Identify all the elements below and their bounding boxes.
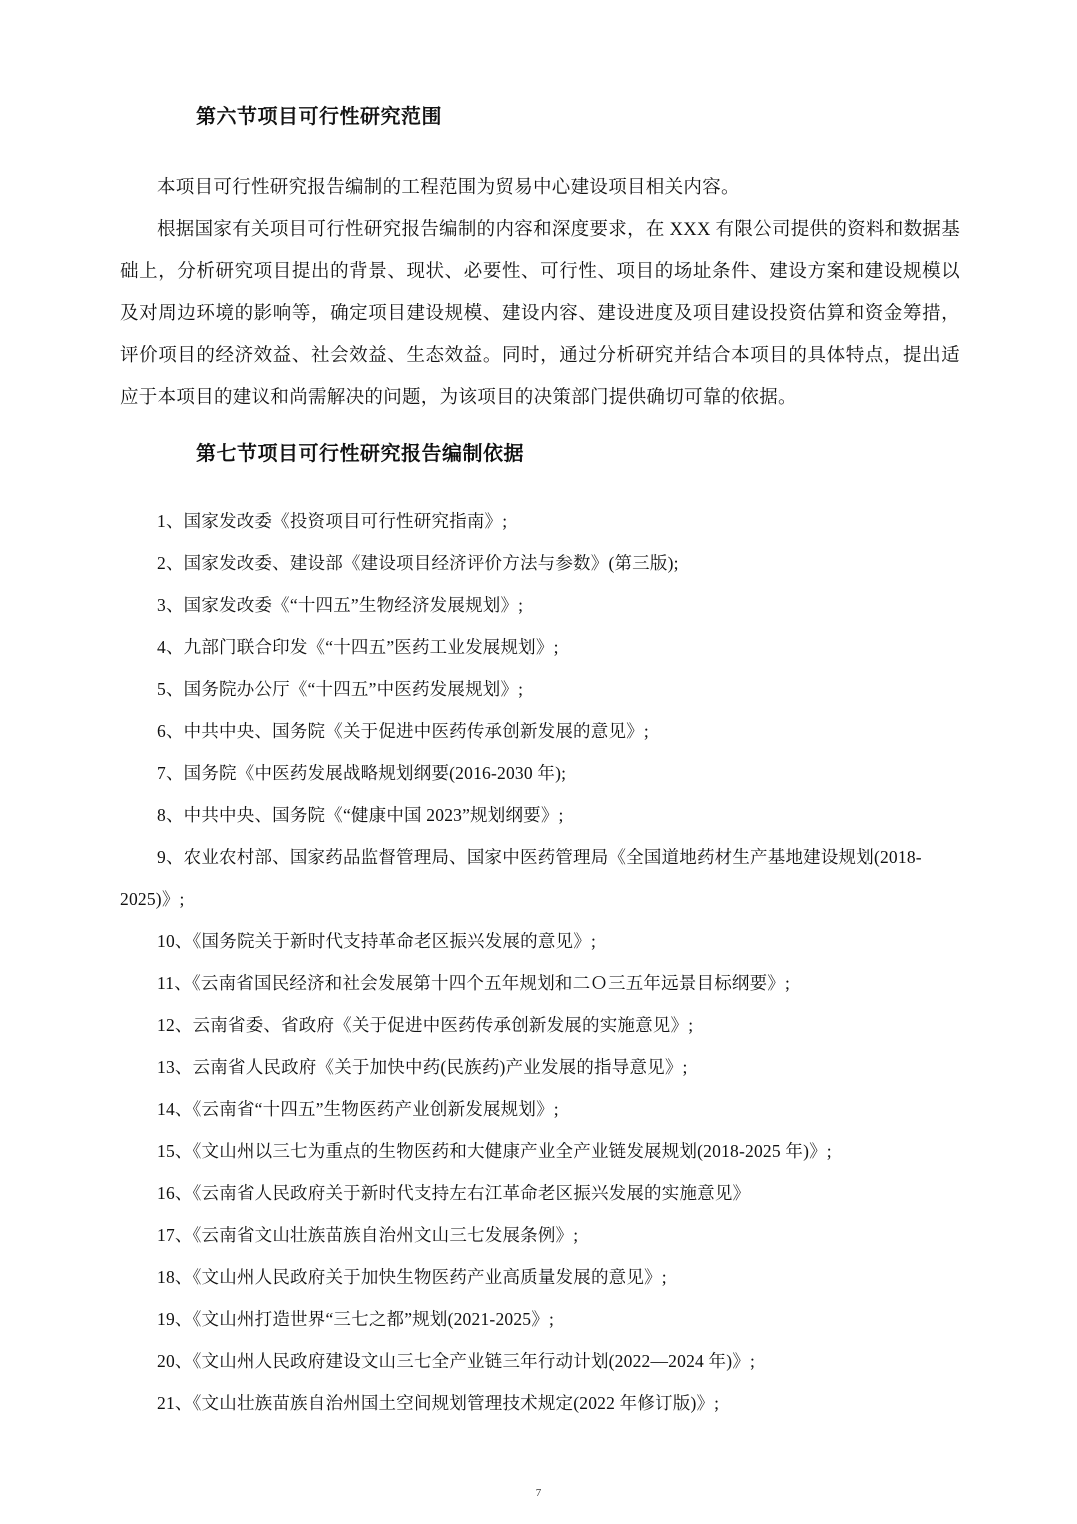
reference-item: 19、《文山州打造世界“三七之都”规划(2021-2025》; bbox=[120, 1298, 960, 1340]
reference-item: 20、《文山州人民政府建设文山三七全产业链三年行动计划(2022—2024 年)… bbox=[120, 1340, 960, 1382]
reference-item: 17、《云南省文山壮族苗族自治州文山三七发展条例》; bbox=[120, 1214, 960, 1256]
reference-item: 5、国务院办公厅《“十四五”中医药发展规划》; bbox=[120, 668, 960, 710]
reference-item: 9、农业农村部、国家药品监督管理局、国家中医药管理局《全国道地药材生产基地建设规… bbox=[120, 836, 960, 920]
section-6-paragraph-1: 本项目可行性研究报告编制的工程范围为贸易中心建设项目相关内容。 bbox=[120, 167, 960, 209]
reference-item: 14、《云南省“十四五”生物医药产业创新发展规划》; bbox=[120, 1088, 960, 1130]
reference-item: 10、《国务院关于新时代支持革命老区振兴发展的意见》; bbox=[120, 920, 960, 962]
reference-item: 12、云南省委、省政府《关于促进中医药传承创新发展的实施意见》; bbox=[120, 1004, 960, 1046]
reference-item: 21、《文山壮族苗族自治州国土空间规划管理技术规定(2022 年修订版)》; bbox=[120, 1382, 960, 1424]
reference-item: 16、《云南省人民政府关于新时代支持左右江革命老区振兴发展的实施意见》 bbox=[120, 1172, 960, 1214]
reference-item: 8、中共中央、国务院《“健康中国 2023”规划纲要》; bbox=[120, 794, 960, 836]
reference-item: 11、《云南省国民经济和社会发展第十四个五年规划和二Ｏ三五年远景目标纲要》; bbox=[120, 962, 960, 1004]
section-7-heading: 第七节项目可行性研究报告编制依据 bbox=[196, 437, 524, 466]
reference-item: 3、国家发改委《“十四五”生物经济发展规划》; bbox=[120, 584, 960, 626]
section-6-heading: 第六节项目可行性研究范围 bbox=[196, 100, 442, 129]
reference-item: 13、云南省人民政府《关于加快中药(民族药)产业发展的指导意见》; bbox=[120, 1046, 960, 1088]
reference-item: 2、国家发改委、建设部《建设项目经济评价方法与参数》(第三版); bbox=[120, 542, 960, 584]
reference-item: 6、中共中央、国务院《关于促进中医药传承创新发展的意见》; bbox=[120, 710, 960, 752]
section-6-paragraph-2: 根据国家有关项目可行性研究报告编制的内容和深度要求，在 XXX 有限公司提供的资… bbox=[120, 209, 960, 419]
page-number: 7 bbox=[0, 1487, 1077, 1499]
reference-item: 7、国务院《中医药发展战略规划纲要(2016-2030 年); bbox=[120, 752, 960, 794]
reference-item: 1、国家发改委《投资项目可行性研究指南》; bbox=[120, 500, 960, 542]
reference-item: 15、《文山州以三七为重点的生物医药和大健康产业全产业链发展规划(2018-20… bbox=[120, 1130, 960, 1172]
reference-item: 18、《文山州人民政府关于加快生物医药产业高质量发展的意见》; bbox=[120, 1256, 960, 1298]
reference-list: 1、国家发改委《投资项目可行性研究指南》; 2、国家发改委、建设部《建设项目经济… bbox=[120, 500, 960, 1424]
reference-item: 4、九部门联合印发《“十四五”医药工业发展规划》; bbox=[120, 626, 960, 668]
document-page: 第六节项目可行性研究范围 本项目可行性研究报告编制的工程范围为贸易中心建设项目相… bbox=[0, 0, 1077, 1524]
